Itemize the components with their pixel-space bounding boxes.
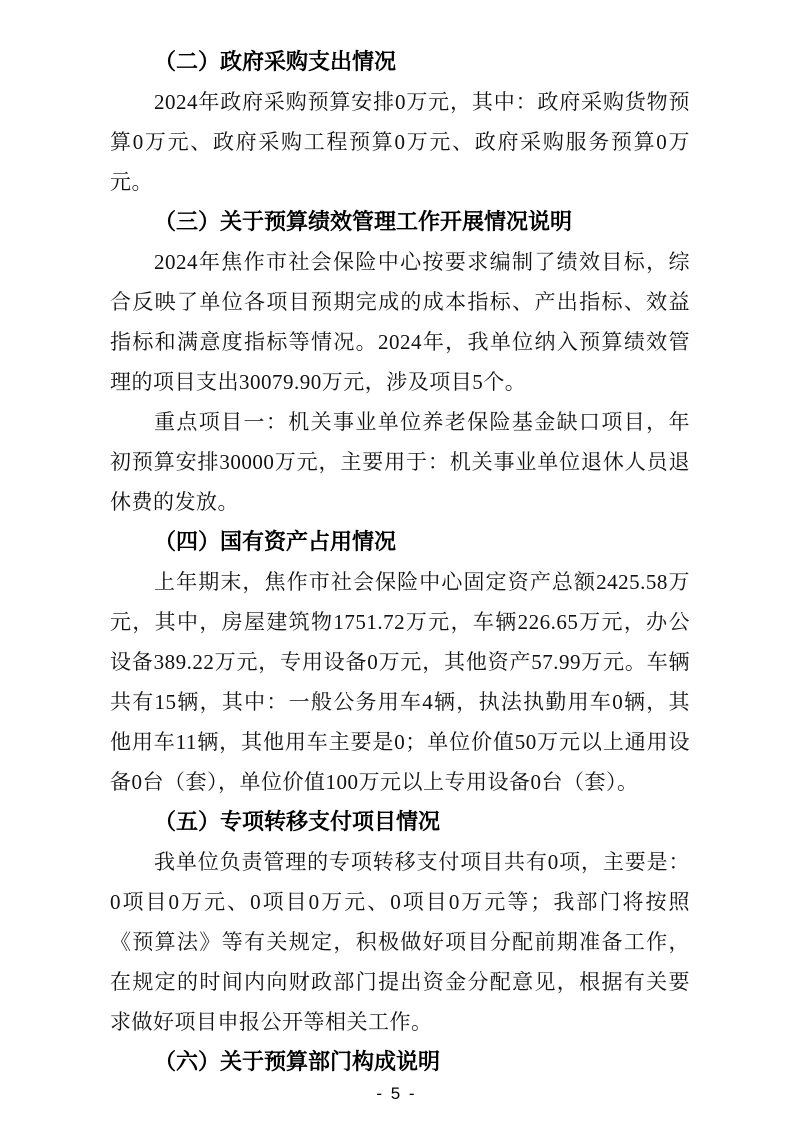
- section-heading-3-performance-mgmt: （三）关于预算绩效管理工作开展情况说明: [110, 202, 690, 242]
- document-page: （二）政府采购支出情况 2024年政府采购预算安排0万元，其中：政府采购货物预算…: [0, 0, 793, 1122]
- paragraph-transfer-payments-detail: 我单位负责管理的专项转移支付项目共有0项，主要是：0项目0万元、0项目0万元、0…: [110, 842, 690, 1042]
- document-body: （二）政府采购支出情况 2024年政府采购预算安排0万元，其中：政府采购货物预算…: [110, 42, 690, 1082]
- page-footer: - 5 -: [0, 1084, 793, 1104]
- section-heading-2-gov-procurement: （二）政府采购支出情况: [110, 42, 690, 82]
- page-number: - 5 -: [376, 1084, 416, 1103]
- section-heading-6-dept-composition: （六）关于预算部门构成说明: [110, 1042, 690, 1082]
- section-heading-4-state-assets: （四）国有资产占用情况: [110, 522, 690, 562]
- section-heading-5-transfer-payments: （五）专项转移支付项目情况: [110, 802, 690, 842]
- paragraph-performance-targets: 2024年焦作市社会保险中心按要求编制了绩效目标，综合反映了单位各项目预期完成的…: [110, 242, 690, 402]
- paragraph-gov-procurement-budget: 2024年政府采购预算安排0万元，其中：政府采购货物预算0万元、政府采购工程预算…: [110, 82, 690, 202]
- paragraph-key-project-one: 重点项目一：机关事业单位养老保险基金缺口项目，年初预算安排30000万元，主要用…: [110, 402, 690, 522]
- paragraph-state-assets-detail: 上年期末，焦作市社会保险中心固定资产总额2425.58万元，其中，房屋建筑物17…: [110, 562, 690, 802]
